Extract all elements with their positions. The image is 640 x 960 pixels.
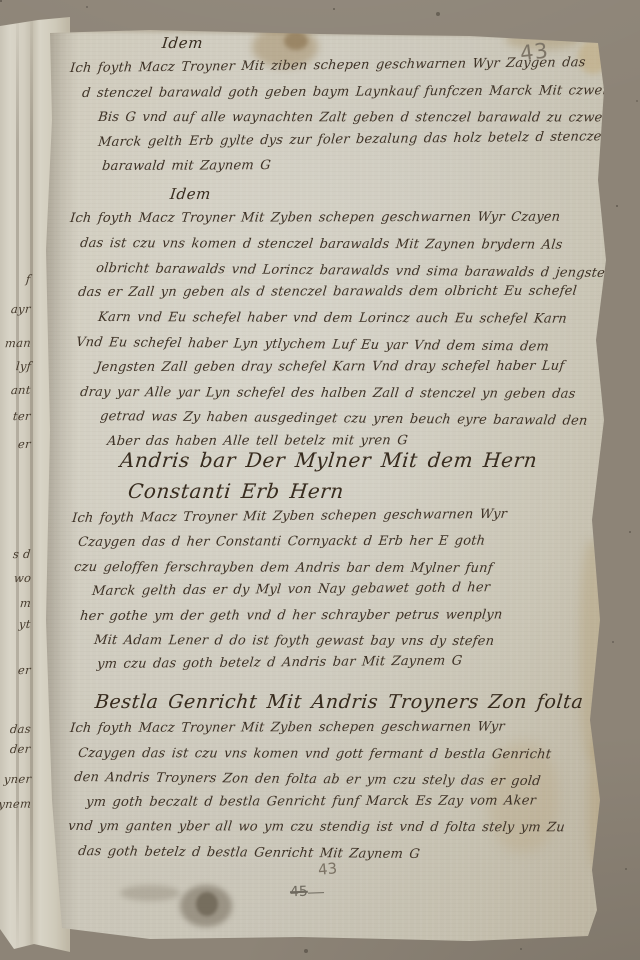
folio-number-struck: 45: [290, 884, 308, 901]
manuscript-line: Marck gelth das er dy Myl von Nay gebawe…: [91, 575, 609, 604]
manuscript-line: her gothe ym der geth vnd d her schraybe…: [79, 603, 609, 629]
manuscript-line: das goth betelz d bestla Genricht Mit Za…: [77, 840, 608, 869]
manuscript-line: ym czu das goth betelz d Andris bar Mit …: [96, 649, 609, 678]
manuscript-line: das er Zall yn geben als d stenczel bara…: [77, 280, 609, 306]
facing-page-word-fragment: m: [19, 596, 31, 610]
facing-page-word-fragment: der: [10, 742, 32, 756]
manuscript-entry: Bestla Genricht Mit Andris Troyners Zon …: [62, 687, 607, 865]
facing-page-word-fragment: er: [17, 663, 31, 677]
manuscript-line: Czaygen das d her Constanti Cornyackt d …: [77, 530, 609, 556]
manuscript-line: das ist czu vns komen d stenczel barawal…: [79, 232, 608, 259]
folio-number-top: 43: [519, 38, 550, 65]
manuscript-entry: Andris bar Der Mylner Mit dem HernConsta…: [62, 445, 607, 678]
manuscript-line: Ich foyth Macz Troyner Mit Zyben schepen…: [69, 715, 609, 741]
facing-page-word-fragment: wo: [13, 571, 32, 585]
entry-heading: Idem: [169, 181, 609, 207]
facing-page-word-fragment: das: [9, 722, 31, 736]
facing-page-word-fragment: ter: [13, 409, 32, 423]
facing-page-word-fragment: s d: [13, 547, 32, 561]
manuscript-line: Karn vnd Eu schefel haber vnd dem Lorinc…: [97, 306, 609, 333]
facing-page-word-fragment: ayr: [11, 302, 32, 316]
manuscript-line: Czaygen das ist czu vns komen vnd gott f…: [77, 742, 609, 768]
manuscript-line: Marck gelth Erb gylte dys zur foler beza…: [97, 125, 609, 155]
manuscript-line: barawald mit Zaynem G: [101, 153, 609, 180]
entry-heading: Andris bar Der Mylner Mit dem Hern: [118, 445, 608, 476]
folio-number-bottom: 43: [317, 859, 338, 879]
handwritten-text-layer: IdemIch foyth Macz Troyner Mit ziben sch…: [62, 0, 607, 960]
facing-page-word-fragment: yt: [19, 617, 32, 631]
facing-page-word-fragment: man: [4, 336, 31, 350]
manuscript-page: IdemIch foyth Macz Troyner Mit ziben sch…: [0, 0, 640, 960]
facing-page-word-fragment: er: [17, 437, 31, 451]
facing-page-word-fragment: lyf: [15, 359, 32, 373]
manuscript-line: ym goth beczalt d bestla Genricht funf M…: [85, 789, 609, 815]
manuscript-photo: fayrmanlyfantterers dwomyterdasderynerZa…: [0, 0, 640, 960]
manuscript-entry: IdemIch foyth Macz Troyner Mit Zyben sch…: [62, 181, 607, 455]
facing-page-word-fragment: ant: [11, 383, 32, 397]
manuscript-line: vnd ym ganten yber all wo ym czu stendig…: [67, 815, 608, 841]
manuscript-line: Ich foyth Macz Troyner Mit Zyben schepen…: [69, 206, 609, 232]
manuscript-line: dray yar Alle yar Lyn schefel des halben…: [79, 381, 608, 408]
facing-page-word-fragment: yner: [3, 772, 32, 786]
manuscript-line: d stenczel barawald goth geben baym Layn…: [81, 79, 609, 106]
facing-page-text-fragments: fayrmanlyfantterers dwomyterdasderynerZa…: [0, 0, 34, 960]
facing-page-word-fragment: Zaynem: [0, 797, 32, 812]
facing-page-word-fragment: f: [26, 272, 32, 286]
manuscript-line: Jengsten Zall geben dray schefel Karn Vn…: [95, 354, 609, 380]
entry-heading: Bestla Genricht Mit Andris Troyners Zon …: [93, 687, 608, 717]
manuscript-line: Ich foyth Macz Troyner Mit Zyben schepen…: [71, 502, 609, 532]
